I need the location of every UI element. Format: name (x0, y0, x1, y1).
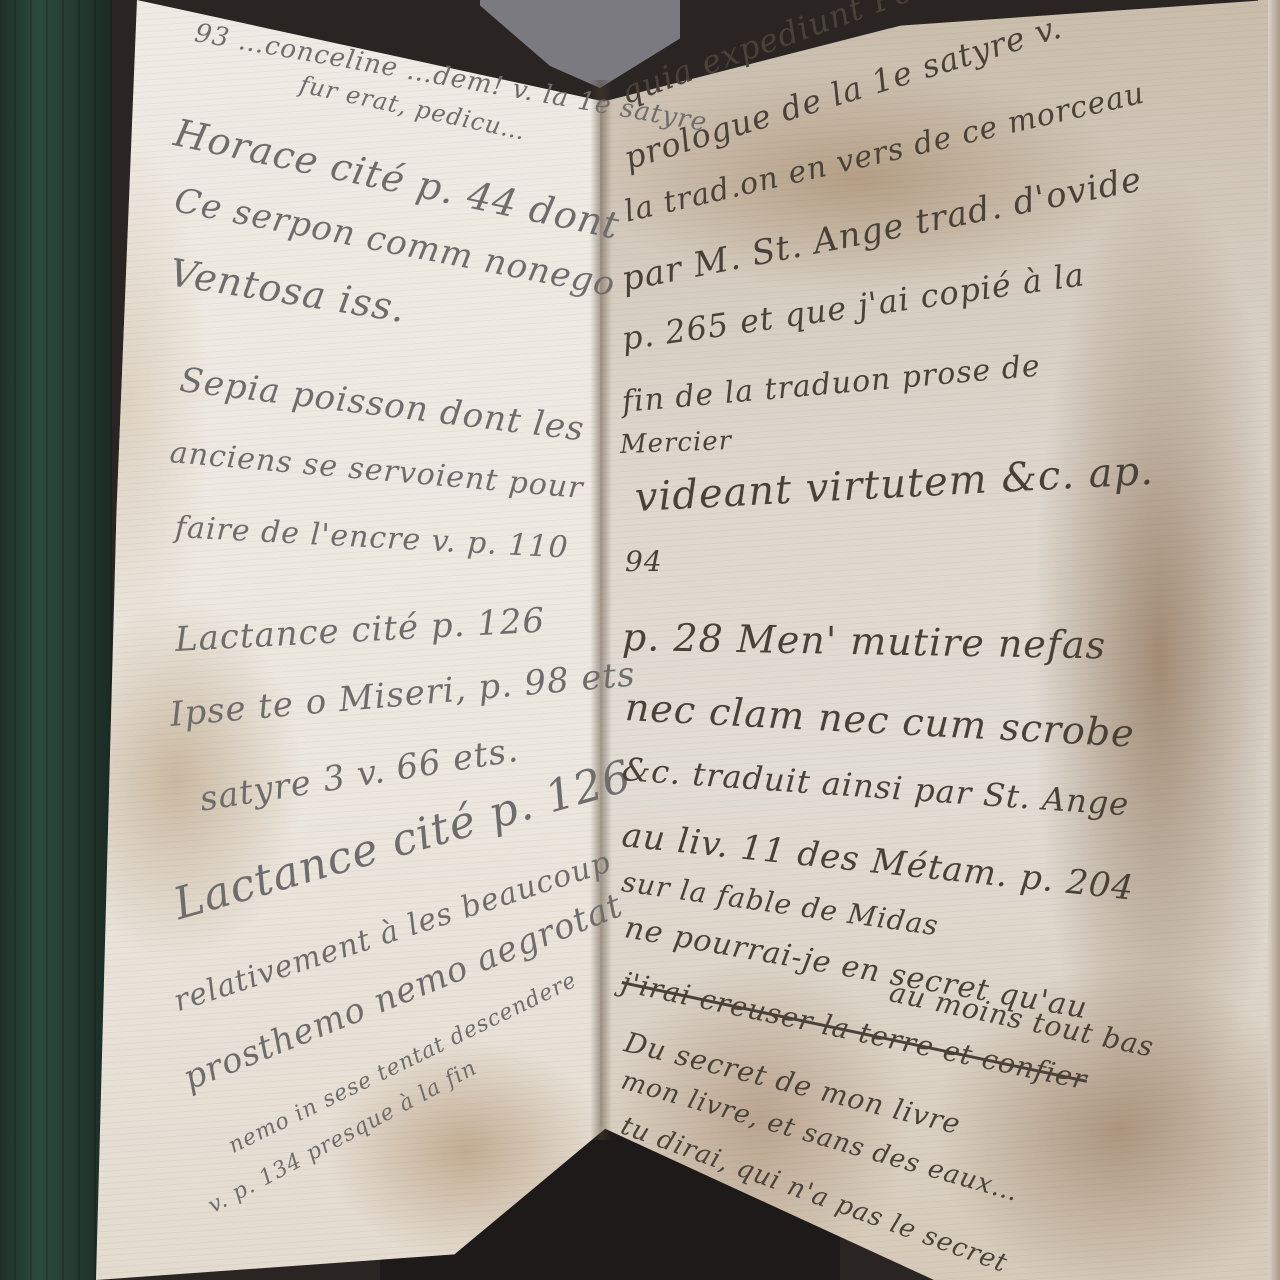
handwritten-line: 94 (625, 545, 663, 578)
photo-scene: 93 …conceline …dem! v. la 1e satyrefur e… (0, 0, 1280, 1280)
green-book-cover (0, 0, 112, 1280)
handwritten-line: p. 28 Men' mutire nefas (622, 615, 1107, 667)
handwritten-line: Mercier (619, 426, 732, 460)
